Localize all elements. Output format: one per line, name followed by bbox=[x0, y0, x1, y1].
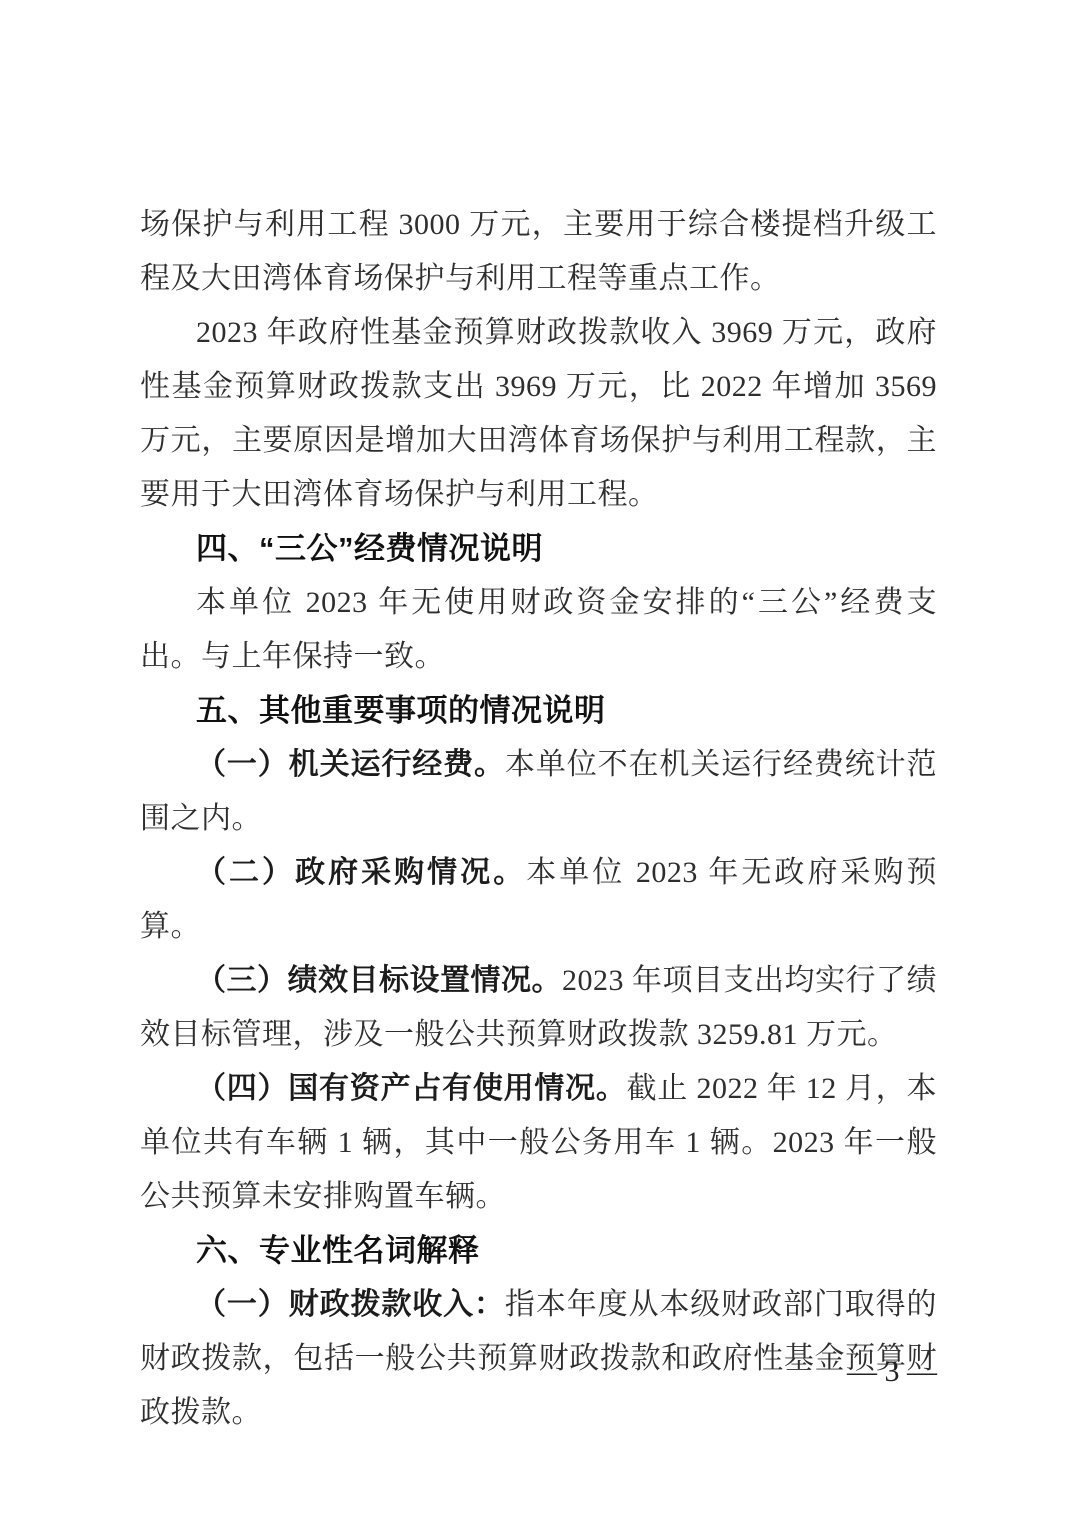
item-paragraph-state-owned-assets: （四）国有资产占有使用情况。截止 2022 年 12 月，本单位共有车辆 1 辆… bbox=[140, 1062, 937, 1224]
section-heading-other-important-items: 五、其他重要事项的情况说明 bbox=[140, 684, 937, 738]
item-paragraph-performance-targets: （三）绩效目标设置情况。2023 年项目支出均实行了绩效目标管理，涉及一般公共预… bbox=[140, 954, 937, 1062]
item-paragraph-agency-operating-cost: （一）机关运行经费。本单位不在机关运行经费统计范围之内。 bbox=[140, 738, 937, 846]
section-heading-terminology: 六、专业性名词解释 bbox=[140, 1224, 937, 1278]
paragraph-government-fund-budget: 2023 年政府性基金预算财政拨款收入 3969 万元，政府性基金预算财政拨款支… bbox=[140, 306, 937, 522]
term-lead-fiscal-appropriation-income: （一）财政拨款收入： bbox=[196, 1288, 505, 1321]
section-heading-three-public-expenses: 四、“三公”经费情况说明 bbox=[140, 522, 937, 576]
page-content: 场保护与利用工程 3000 万元，主要用于综合楼提档升级工程及大田湾体育场保护与… bbox=[140, 198, 937, 1440]
page-number: — 3 — bbox=[847, 1352, 937, 1392]
item-paragraph-government-procurement: （二）政府采购情况。本单位 2023 年无政府采购预算。 bbox=[140, 846, 937, 954]
item-lead-performance-targets: （三）绩效目标设置情况。 bbox=[196, 964, 562, 997]
item-lead-state-owned-assets: （四）国有资产占有使用情况。 bbox=[196, 1072, 627, 1105]
paragraph-continuation: 场保护与利用工程 3000 万元，主要用于综合楼提档升级工程及大田湾体育场保护与… bbox=[140, 198, 937, 306]
item-lead-agency-operating-cost: （一）机关运行经费。 bbox=[196, 748, 505, 781]
term-paragraph-fiscal-appropriation-income: （一）财政拨款收入：指本年度从本级财政部门取得的财政拨款，包括一般公共预算财政拨… bbox=[140, 1278, 937, 1440]
paragraph-three-public-expenses: 本单位 2023 年无使用财政资金安排的“三公”经费支出。与上年保持一致。 bbox=[140, 576, 937, 684]
item-lead-government-procurement: （二）政府采购情况。 bbox=[196, 856, 526, 889]
document-page: 场保护与利用工程 3000 万元，主要用于综合楼提档升级工程及大田湾体育场保护与… bbox=[0, 0, 1074, 1520]
